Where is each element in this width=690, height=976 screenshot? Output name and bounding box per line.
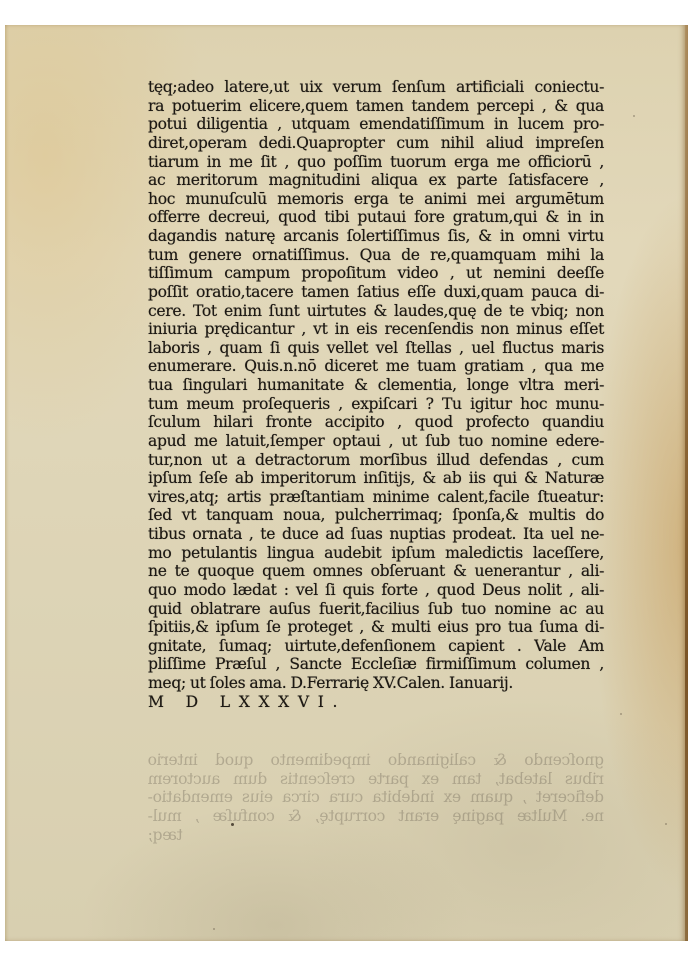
text-line: ac meritorum magnitudini aliqua ex parte…	[148, 171, 604, 190]
bleed-through-text: gnoſcendo & caliginando impedimento quod…	[148, 751, 604, 844]
text-line: gnitate, ſumaq; uirtute,defenſionem capi…	[148, 637, 604, 656]
text-line: dagandis naturę arcanis ſolertiſſimus ſi…	[148, 227, 604, 246]
text-line: quid oblatrare auſus fuerit,facilius ſub…	[148, 600, 604, 619]
paper-speck	[633, 115, 635, 117]
text-line: ipſum ſeſe ab imperitorum inſitijs, & ab…	[148, 469, 604, 488]
ghost-line: ribus latebat, tam ex parte creſcentis d…	[148, 770, 604, 789]
text-line: tur,non ut a detractorum morſibus illud …	[148, 451, 604, 470]
paper-speck	[213, 928, 215, 930]
text-line: tua ſingulari humanitate & clementia, lo…	[148, 376, 604, 395]
text-line: ra potuerim elicere,quem tamen tandem pe…	[148, 97, 604, 116]
text-line: hoc munuſculū memoris erga te animi mei …	[148, 190, 604, 209]
ghost-line: tæq;	[148, 826, 604, 845]
text-line: iniuria prędicantur , vt in eis recenſen…	[148, 320, 604, 339]
text-line: cere. Tot enim ſunt uirtutes & laudes,qu…	[148, 302, 604, 321]
ink-speck	[231, 823, 234, 826]
ghost-line: gnoſcendo & caliginando impedimento quod…	[148, 751, 604, 770]
text-line: vires,atq; artis præſtantiam minime cale…	[148, 488, 604, 507]
text-line: tiſſimum campum propoſitum video , ut ne…	[148, 264, 604, 283]
text-line: ſed vt tanquam noua, pulcherrimaq; ſponſ…	[148, 506, 604, 525]
paper-speck	[620, 713, 622, 715]
ghost-line: ne. Multæ paginę erant corruptę, & confu…	[148, 807, 604, 826]
text-line: diret,operam dedi.Quapropter cum nihil a…	[148, 134, 604, 153]
text-line: mo petulantis lingua audebit ipſum maled…	[148, 544, 604, 563]
text-line: ſpitiis,& ipſum ſe proteget , & multi ei…	[148, 618, 604, 637]
body-text: tęq;adeo latere,ut uix verum ſenſum arti…	[148, 78, 604, 711]
text-line: apud me latuit,ſemper optaui , ut ſub tu…	[148, 432, 604, 451]
text-line: tum meum proſequeris , expiſcari ? Tu ig…	[148, 395, 604, 414]
text-line: ne te quoque quem omnes obſeruant & uene…	[148, 562, 604, 581]
text-line: ſculum hilari fronte accipito , quod pro…	[148, 413, 604, 432]
text-line: pliſſime Præſul , Sancte Eccleſiæ firmiſ…	[148, 655, 604, 674]
paper-speck	[665, 823, 667, 825]
text-line: enumerare. Quis.n.nō diceret me tuam gra…	[148, 357, 604, 376]
ghost-line: deficeret , quam ex indebita cura circa …	[148, 788, 604, 807]
text-line: tęq;adeo latere,ut uix verum ſenſum arti…	[148, 78, 604, 97]
text-line: offerre decreui, quod tibi putaui fore g…	[148, 208, 604, 227]
book-page: tęq;adeo latere,ut uix verum ſenſum arti…	[5, 25, 688, 941]
text-line: laboris , quam ſi quis vellet vel ſtella…	[148, 339, 604, 358]
text-line: quo modo lædat : vel ſi quis forte , quo…	[148, 581, 604, 600]
text-line: tibus ornata , te duce ad ſuas nuptias p…	[148, 525, 604, 544]
text-line-closing: meq; ut ſoles ama. D.Ferrarię XV.Calen. …	[148, 674, 604, 693]
text-line: poſſit oratio,tacere tamen ſatius eſſe d…	[148, 283, 604, 302]
text-line: tiarum in me ſit , quo poſſim tuorum erg…	[148, 153, 604, 172]
text-line: tum genere ornatiſſimus. Qua de re,quamq…	[148, 246, 604, 265]
date-line: M D LXXXVI.	[148, 693, 604, 712]
text-line: potui diligentia , utquam emendatiſſimum…	[148, 115, 604, 134]
